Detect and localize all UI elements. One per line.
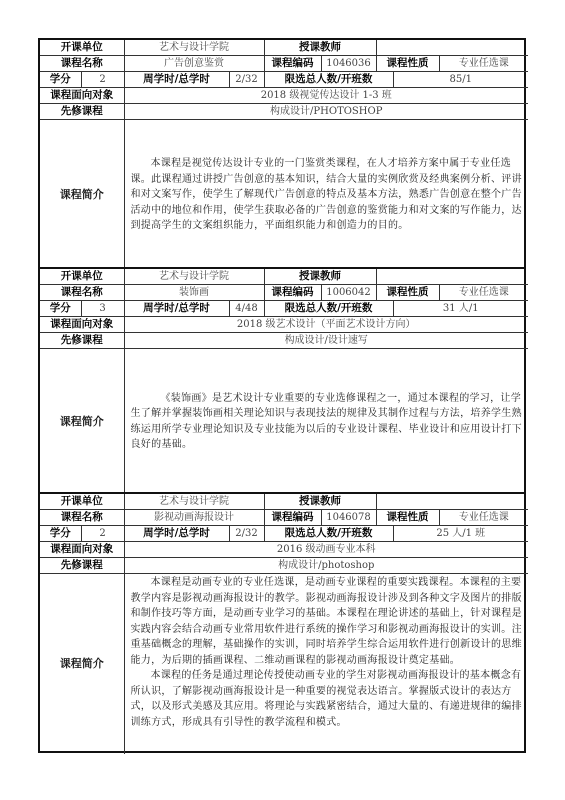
enrollment-label: 限选总人数/开班数 bbox=[264, 526, 393, 542]
intro-paragraph: 本课程是视觉传达设计专业的一门鉴赏类课程，在人才培养方案中属于专业任选课。此课程… bbox=[131, 156, 523, 234]
intro-label: 课程简介 bbox=[40, 349, 124, 495]
enrollment-value: 31 人/1 bbox=[393, 301, 528, 317]
enrollment-value: 25 人/1 班 bbox=[393, 526, 528, 542]
intro-paragraph: 本课程是动画专业的专业任选课，是动画专业课程的重要实践课程。本课程的主要教学内容… bbox=[131, 575, 523, 668]
credits-label: 学分 bbox=[40, 72, 81, 88]
course-type-value: 专业任选课 bbox=[439, 285, 528, 301]
enrollment-label: 限选总人数/开班数 bbox=[264, 301, 393, 317]
intro-text: 本课程是动画专业的专业任选课，是动画专业课程的重要实践课程。本课程的主要教学内容… bbox=[124, 574, 528, 754]
audience-value: 2016 级动画专业本科 bbox=[124, 542, 528, 558]
teacher-label: 授课教师 bbox=[264, 494, 376, 510]
course-name-value: 装饰画 bbox=[124, 285, 264, 301]
teacher-label: 授课教师 bbox=[264, 269, 376, 285]
hours-value: 4/48 bbox=[229, 301, 264, 317]
credits-value: 2 bbox=[81, 72, 124, 88]
course-name-label: 课程名称 bbox=[40, 56, 124, 72]
unit-value: 艺术与设计学院 bbox=[124, 269, 264, 285]
credits-value: 3 bbox=[81, 301, 124, 317]
intro-paragraph: 《装饰画》是艺术设计专业重要的专业选修课程之一，通过本课程的学习，让学生了解并掌… bbox=[131, 391, 523, 453]
credits-label: 学分 bbox=[40, 526, 81, 542]
teacher-label: 授课教师 bbox=[264, 40, 376, 56]
course-code-value: 1046036 bbox=[321, 56, 376, 72]
prerequisites-value: 构成设计/photoshop bbox=[124, 558, 528, 574]
course-table: 开课单位 艺术与设计学院 授课教师 课程名称 装饰画 课程编码 1006042 … bbox=[40, 269, 528, 495]
teacher-value bbox=[376, 494, 528, 510]
course-code-label: 课程编码 bbox=[264, 56, 321, 72]
unit-label: 开课单位 bbox=[40, 269, 124, 285]
unit-label: 开课单位 bbox=[40, 494, 124, 510]
course-section-1: 开课单位 艺术与设计学院 授课教师 课程名称 广告创意鉴赏 课程编码 10460… bbox=[38, 38, 526, 269]
audience-label: 课程面向对象 bbox=[40, 317, 124, 333]
course-section-2: 开课单位 艺术与设计学院 授课教师 课程名称 装饰画 课程编码 1006042 … bbox=[38, 267, 526, 494]
hours-label: 周学时/总学时 bbox=[124, 301, 229, 317]
intro-label: 课程简介 bbox=[40, 574, 124, 754]
hours-value: 2/32 bbox=[229, 526, 264, 542]
course-table: 开课单位 艺术与设计学院 授课教师 课程名称 广告创意鉴赏 课程编码 10460… bbox=[40, 40, 528, 270]
enrollment-label: 限选总人数/开班数 bbox=[264, 72, 393, 88]
course-name-label: 课程名称 bbox=[40, 285, 124, 301]
course-section-3: 开课单位 艺术与设计学院 授课教师 课程名称 影视动画海报设计 课程编码 104… bbox=[38, 492, 526, 753]
intro-text: 本课程是视觉传达设计专业的一门鉴赏类课程，在人才培养方案中属于专业任选课。此课程… bbox=[124, 120, 528, 270]
unit-value: 艺术与设计学院 bbox=[124, 494, 264, 510]
course-type-label: 课程性质 bbox=[376, 56, 439, 72]
course-type-value: 专业任选课 bbox=[439, 56, 528, 72]
course-table: 开课单位 艺术与设计学院 授课教师 课程名称 影视动画海报设计 课程编码 104… bbox=[40, 494, 528, 754]
intro-paragraph: 本课程的任务是通过理论传授使动画专业的学生对影视动画海报设计的基本概念有所认识，… bbox=[131, 668, 523, 730]
teacher-value bbox=[376, 40, 528, 56]
course-name-value: 影视动画海报设计 bbox=[124, 510, 264, 526]
prerequisites-label: 先修课程 bbox=[40, 333, 124, 349]
enrollment-value: 85/1 bbox=[393, 72, 528, 88]
course-name-value: 广告创意鉴赏 bbox=[124, 56, 264, 72]
intro-text: 《装饰画》是艺术设计专业重要的专业选修课程之一，通过本课程的学习，让学生了解并掌… bbox=[124, 349, 528, 495]
audience-label: 课程面向对象 bbox=[40, 88, 124, 104]
course-type-value: 专业任选课 bbox=[439, 510, 528, 526]
credits-value: 2 bbox=[81, 526, 124, 542]
prerequisites-label: 先修课程 bbox=[40, 558, 124, 574]
prerequisites-value: 构成设计/设计速写 bbox=[124, 333, 528, 349]
audience-value: 2018 级艺术设计（平面艺术设计方向） bbox=[124, 317, 528, 333]
course-code-value: 1006042 bbox=[321, 285, 376, 301]
prerequisites-label: 先修课程 bbox=[40, 104, 124, 120]
credits-label: 学分 bbox=[40, 301, 81, 317]
intro-label: 课程简介 bbox=[40, 120, 124, 270]
course-code-label: 课程编码 bbox=[264, 510, 321, 526]
course-type-label: 课程性质 bbox=[376, 510, 439, 526]
hours-label: 周学时/总学时 bbox=[124, 526, 229, 542]
teacher-value bbox=[376, 269, 528, 285]
course-code-label: 课程编码 bbox=[264, 285, 321, 301]
audience-label: 课程面向对象 bbox=[40, 542, 124, 558]
prerequisites-value: 构成设计/PHOTOSHOP bbox=[124, 104, 528, 120]
unit-label: 开课单位 bbox=[40, 40, 124, 56]
audience-value: 2018 级视觉传达设计 1-3 班 bbox=[124, 88, 528, 104]
course-name-label: 课程名称 bbox=[40, 510, 124, 526]
course-type-label: 课程性质 bbox=[376, 285, 439, 301]
hours-label: 周学时/总学时 bbox=[124, 72, 229, 88]
unit-value: 艺术与设计学院 bbox=[124, 40, 264, 56]
hours-value: 2/32 bbox=[229, 72, 264, 88]
course-code-value: 1046078 bbox=[321, 510, 376, 526]
